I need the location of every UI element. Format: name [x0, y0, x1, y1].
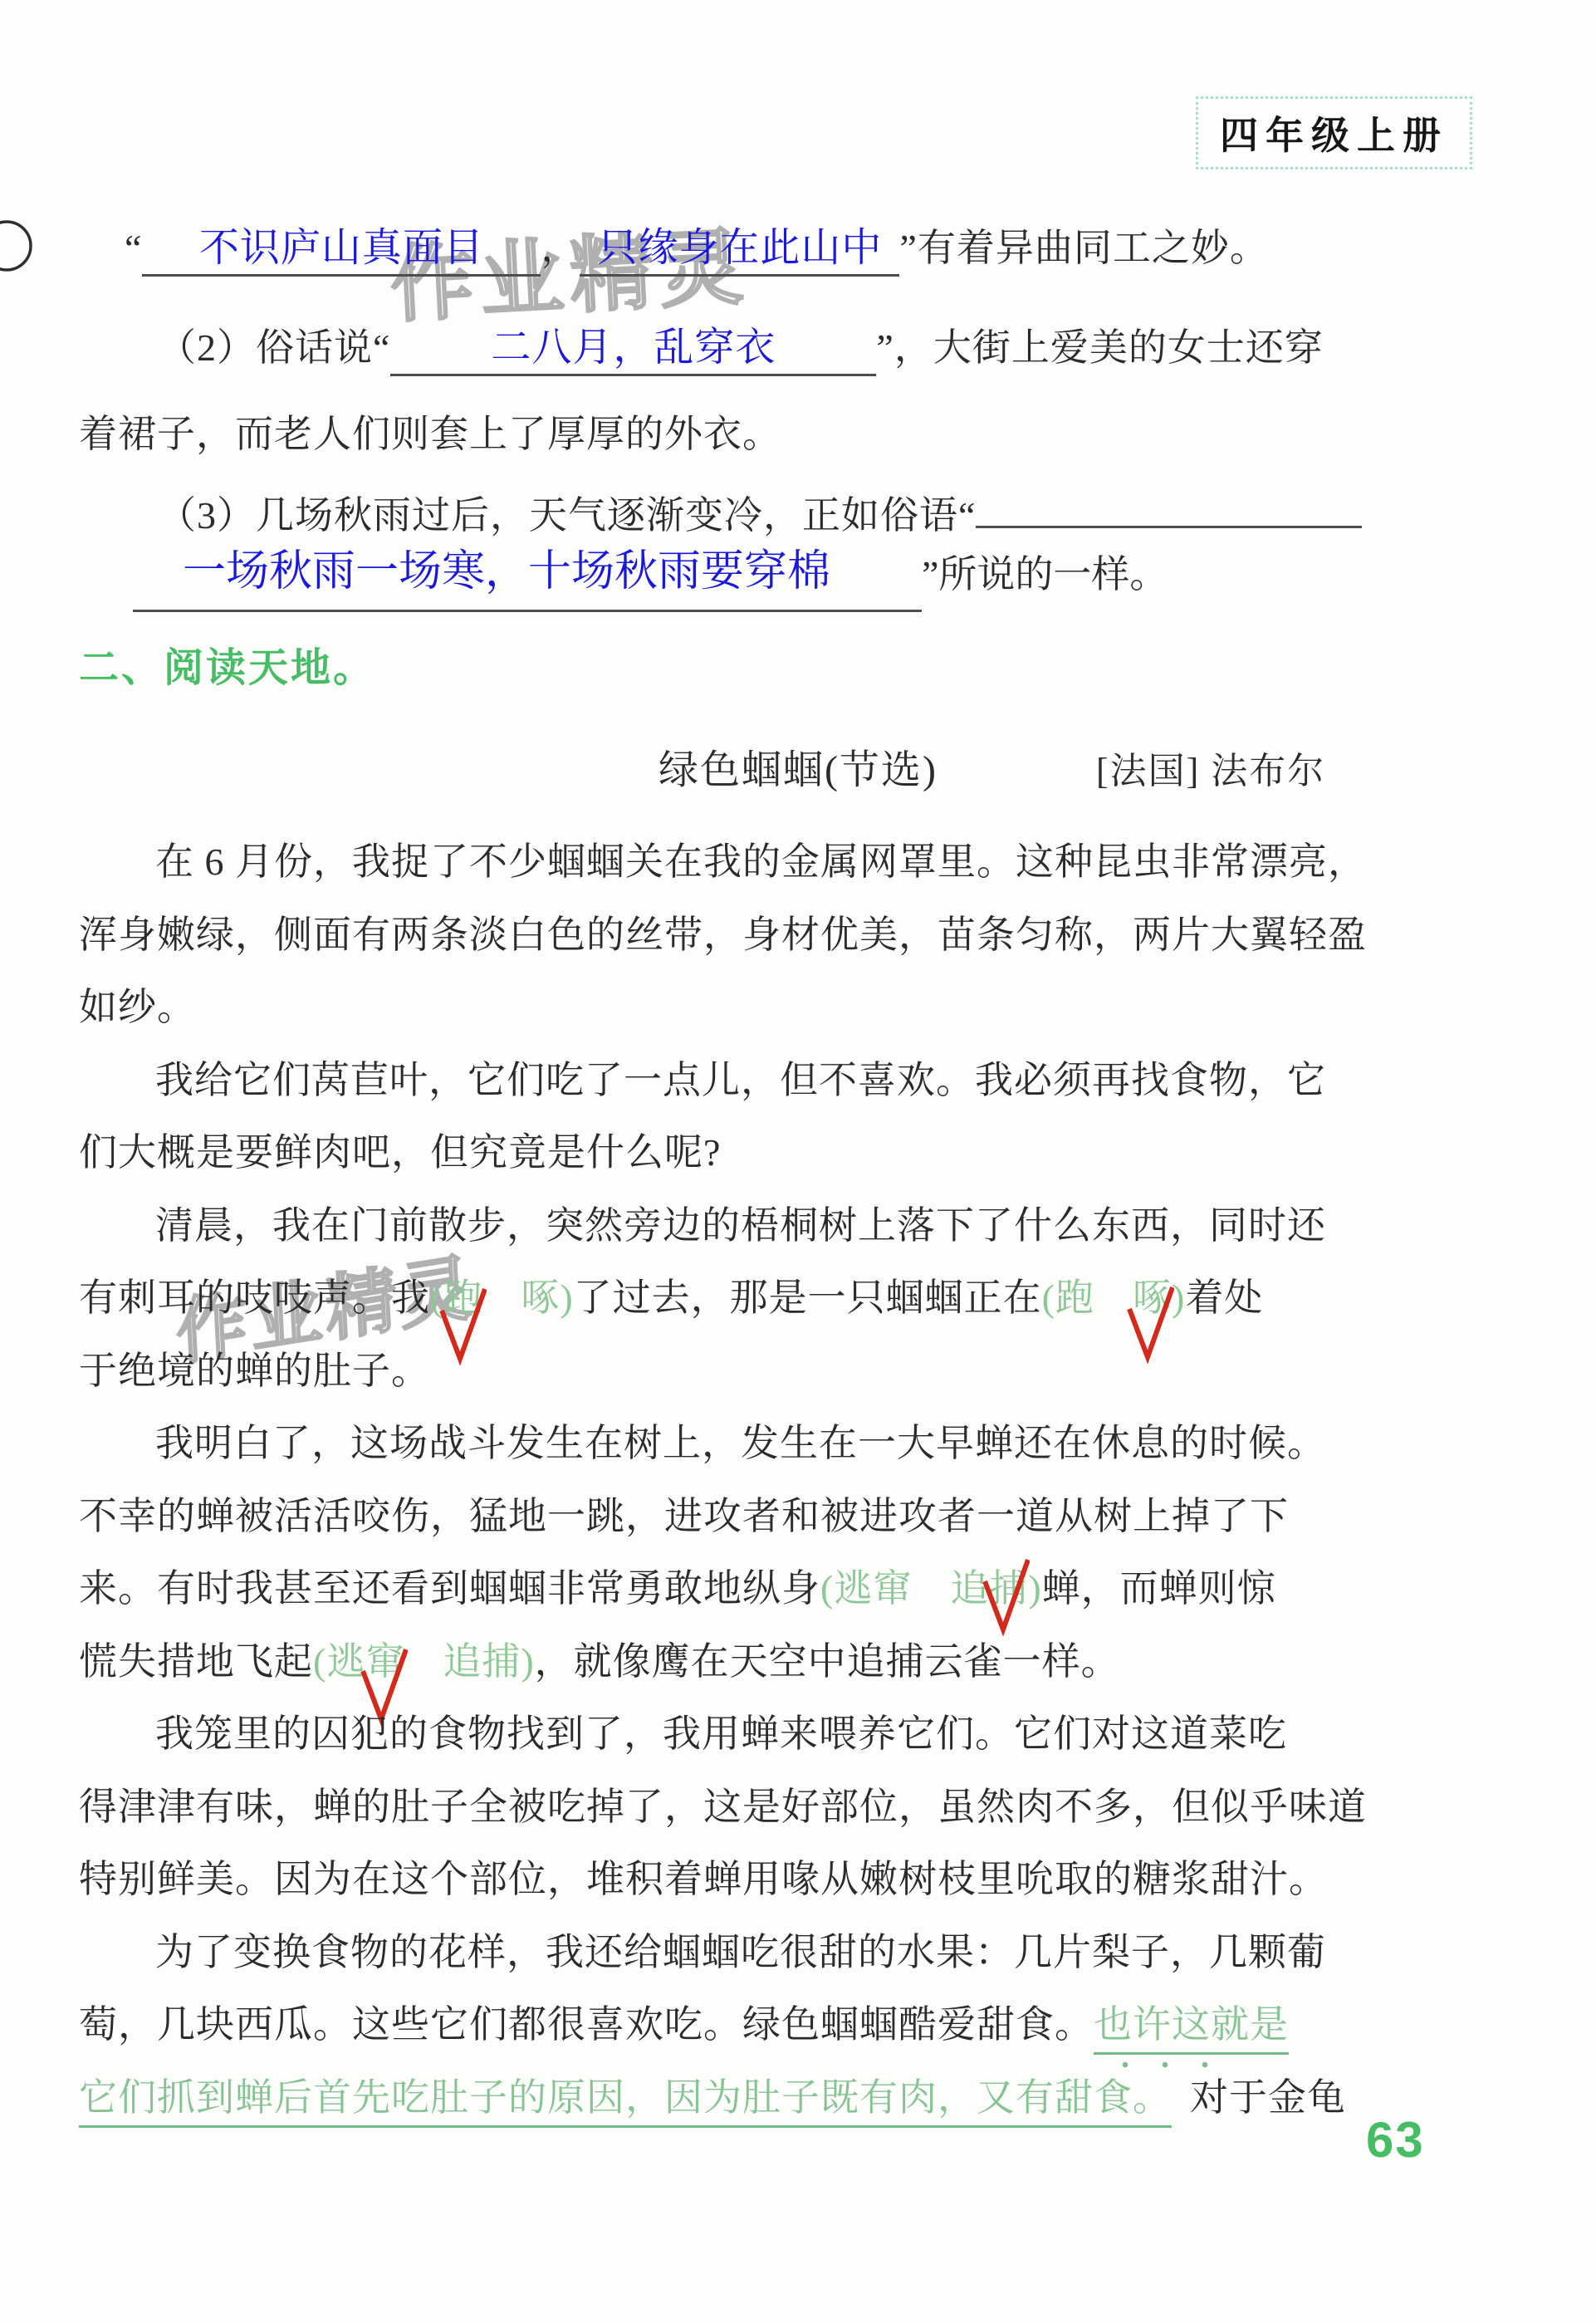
passage-text: 浑身嫩绿，侧面有两条淡白色的丝带，身材优美，苗条匀称，两片大翼轻盈 — [79, 914, 1367, 956]
q3-suffix: ”所说的一样。 — [922, 544, 1168, 612]
fill-line-1: “不识庐山真面目，只缘身在此山中”有着异曲同工之妙。 — [79, 223, 1269, 274]
passage-line: 浑身嫩绿，侧面有两条淡白色的丝带，身材优美，苗条匀称，两片大翼轻盈 — [79, 909, 1367, 961]
green-answer-segment: 也许这就是 — [1094, 2003, 1289, 2046]
passage-line-choices: 慌失措地飞起(逃窜追捕)，就像鹰在天空中追捕云雀一样。 — [79, 1636, 1120, 1688]
passage-text: 对于金龟 — [1190, 2076, 1346, 2119]
passage-line: 得津津有味，蝉的肚子全被吃掉了，这是好部位，虽然肉不多，但似乎味道 — [79, 1781, 1367, 1833]
green-answer-text: 它们抓到蝉后首先吃肚子的原因，因为肚子既有肉，又有甜食。 — [79, 2076, 1172, 2128]
passage-text: ，就像鹰在天空中追捕云雀一样。 — [535, 1640, 1120, 1683]
passage-text: 不幸的蝉被活活咬伤，猛地一跳，进攻者和被进攻者一道从树上掉了下 — [79, 1495, 1289, 1537]
passage-line: 如纱。 — [79, 982, 196, 1033]
passage-text: 了过去，那是一只蝈蝈正在 — [574, 1277, 1042, 1319]
choice-paren-open: ( — [820, 1567, 834, 1610]
green-answer-segment: 它们抓到蝉后首先吃肚子的原因，因为肚子既有肉，又有甜食。 — [79, 2076, 1172, 2119]
passage-line: 我明白了，这场战斗发生在树上，发生在一大早蝉还在休息的时候。 — [79, 1418, 1326, 1469]
answer-blank-1: 不识庐山真面目 — [142, 223, 541, 277]
choice-paren-close: ) — [560, 1277, 573, 1319]
passage-title: 绿色蝈蝈(节选) — [0, 738, 1596, 795]
answer-blank-3: 二八月，乱穿衣 — [390, 322, 876, 376]
q3-prefix: （3）几场秋雨过后，天气逐渐变冷，正如俗语“ — [158, 494, 976, 537]
emphasis-dots — [1105, 2061, 1230, 2069]
passage-text: 慌失措地飞起 — [79, 1640, 313, 1683]
fill-line-4: （3）几场秋雨过后，天气逐渐变冷，正如俗语“ — [158, 490, 1362, 542]
choice-option: 逃窜 — [326, 1636, 404, 1688]
workbook-page: 作业精灵 作业精灵 四年级上册 “不识庐山真面目，只缘身在此山中”有着异曲同工之… — [0, 0, 1596, 2323]
answer-underline — [976, 526, 1362, 528]
choice-option: 追捕 — [950, 1563, 1028, 1615]
passage-text: 们大概是要鲜肉吧，但究竟是什么呢? — [79, 1131, 721, 1174]
passage-text: 特别鲜美。因为在这个部位，堆积着蝉用喙从嫩树枝里吮取的糖浆甜汁。 — [79, 1858, 1328, 1900]
passage-line: 为了变换食物的花样，我还给蝈蝈吃很甜的水果：几片梨子，几颗葡 — [79, 1927, 1326, 1978]
answer-text-4: 一场秋雨一场寒，十场秋雨要穿棉 — [183, 548, 830, 595]
choice-word: 追捕 — [950, 1567, 1028, 1610]
page-number: 63 — [1366, 2111, 1425, 2169]
choice-word: 追捕 — [443, 1640, 521, 1683]
choice-word: 啄 — [521, 1277, 560, 1319]
passage-line: 特别鲜美。因为在这个部位，堆积着蝉用喙从嫩树枝里吮取的糖浆甜汁。 — [79, 1854, 1328, 1905]
answer-blank-4: 一场秋雨一场寒，十场秋雨要穿棉 — [133, 536, 922, 612]
passage-text: 蝉，而蝉则惊 — [1042, 1567, 1276, 1610]
q2-prefix: （2）俗话说“ — [158, 326, 390, 369]
passage-line: 清晨，我在门前散步，突然旁边的梧桐树上落下了什么东西，同时还 — [79, 1200, 1326, 1252]
passage-text: 清晨，我在门前散步，突然旁边的梧桐树上落下了什么东西，同时还 — [155, 1204, 1326, 1247]
passage-line-answer: 它们抓到蝉后首先吃肚子的原因，因为肚子既有肉，又有甜食。对于金龟 — [79, 2072, 1346, 2124]
passage-line-answer: 萄，几块西瓜。这些它们都很喜欢吃。绿色蝈蝈酷爱甜食。也许这就是 — [79, 1999, 1289, 2051]
passage-line: 于绝境的蝉的肚子。 — [79, 1345, 430, 1397]
passage-text: 于绝境的蝉的肚子。 — [79, 1350, 430, 1392]
passage-line: 们大概是要鲜肉吧，但究竟是什么呢? — [79, 1127, 721, 1179]
watermark-logo-icon — [0, 214, 40, 291]
passage-text: 有刺耳的吱吱声。我 — [79, 1277, 430, 1319]
choice-word: 跑 — [443, 1277, 482, 1319]
passage-author: [法国] 法布尔 — [1096, 741, 1325, 794]
choice-word: 跑 — [1055, 1277, 1094, 1319]
fill-line-2: （2）俗话说“二八月，乱穿衣”，大街上爱美的女士还穿 — [158, 322, 1324, 374]
passage-text: 我给它们莴苣叶，它们吃了一点儿，但不喜欢。我必须再找食物，它 — [155, 1059, 1326, 1101]
passage-text: 得津津有味，蝉的肚子全被吃掉了，这是好部位，虽然肉不多，但似乎味道 — [79, 1786, 1367, 1828]
choice-paren-close: ) — [521, 1640, 534, 1683]
open-quote: “ — [125, 227, 142, 269]
passage-text: 着处 — [1185, 1277, 1263, 1319]
grade-label: 四年级上册 — [1196, 96, 1472, 169]
section-header: 二、阅读天地。 — [79, 635, 375, 693]
passage-line-choices: 有刺耳的吱吱声。我(跑啄)了过去，那是一只蝈蝈正在(跑啄)着处 — [79, 1272, 1263, 1324]
choice-word: 逃窜 — [834, 1567, 912, 1610]
choice-paren-open: ( — [313, 1640, 326, 1683]
choice-paren-close: ) — [1172, 1277, 1185, 1319]
fill-line-5: 一场秋雨一场寒，十场秋雨要穿棉”所说的一样。 — [133, 536, 1168, 612]
passage-text: 我明白了，这场战斗发生在树上，发生在一大早蝉还在休息的时候。 — [155, 1422, 1326, 1464]
passage-line: 不幸的蝉被活活咬伤，猛地一跳，进攻者和被进攻者一道从树上掉了下 — [79, 1491, 1289, 1542]
choice-paren-open: ( — [1042, 1277, 1055, 1319]
passage-text: 萄，几块西瓜。这些它们都很喜欢吃。绿色蝈蝈酷爱甜食。 — [79, 2003, 1094, 2046]
passage-line: 我给它们莴苣叶，它们吃了一点儿，但不喜欢。我必须再找食物，它 — [79, 1055, 1326, 1106]
passage-text: 如纱。 — [79, 986, 196, 1028]
line1-suffix: ”有着异曲同工之妙。 — [899, 227, 1268, 269]
q2-suffix: ”，大街上爱美的女士还穿 — [876, 326, 1323, 369]
choice-paren-open: ( — [430, 1277, 443, 1319]
choice-option: 跑 — [443, 1272, 482, 1324]
passage-text: 来。有时我甚至还看到蝈蝈非常勇敢地纵身 — [79, 1567, 820, 1610]
answer-blank-2: 只缘身在此山中 — [580, 223, 899, 277]
answer-text-3: 二八月，乱穿衣 — [491, 326, 776, 370]
passage-line: 我笼里的囚犯的食物找到了，我用蝉来喂养它们。它们对这道菜吃 — [79, 1708, 1287, 1760]
comma: ， — [541, 227, 580, 269]
answer-text-1: 不识庐山真面目 — [199, 226, 484, 270]
passage-line-choices: 来。有时我甚至还看到蝈蝈非常勇敢地纵身(逃窜追捕)蝉，而蝉则惊 — [79, 1563, 1276, 1615]
passage-line: 在 6 月份，我捉了不少蝈蝈关在我的金属网罩里。这种昆虫非常漂亮， — [79, 836, 1367, 888]
choice-word: 逃窜 — [326, 1640, 404, 1683]
answer-text-2: 只缘身在此山中 — [597, 226, 882, 270]
choice-option: 啄 — [1133, 1272, 1172, 1324]
fill-line-3: 着裙子，而老人们则套上了厚厚的外衣。 — [79, 409, 781, 460]
choice-word: 啄 — [1133, 1277, 1172, 1319]
q2-continuation: 着裙子，而老人们则套上了厚厚的外衣。 — [79, 413, 781, 455]
passage-text: 为了变换食物的花样，我还给蝈蝈吃很甜的水果：几片梨子，几颗葡 — [155, 1931, 1326, 1973]
green-answer-text: 也许这就是 — [1094, 2003, 1289, 2055]
passage-text: 在 6 月份，我捉了不少蝈蝈关在我的金属网罩里。这种昆虫非常漂亮， — [155, 840, 1367, 883]
choice-paren-close: ) — [1028, 1567, 1041, 1610]
passage-text: 我笼里的囚犯的食物找到了，我用蝉来喂养它们。它们对这道菜吃 — [155, 1713, 1287, 1755]
